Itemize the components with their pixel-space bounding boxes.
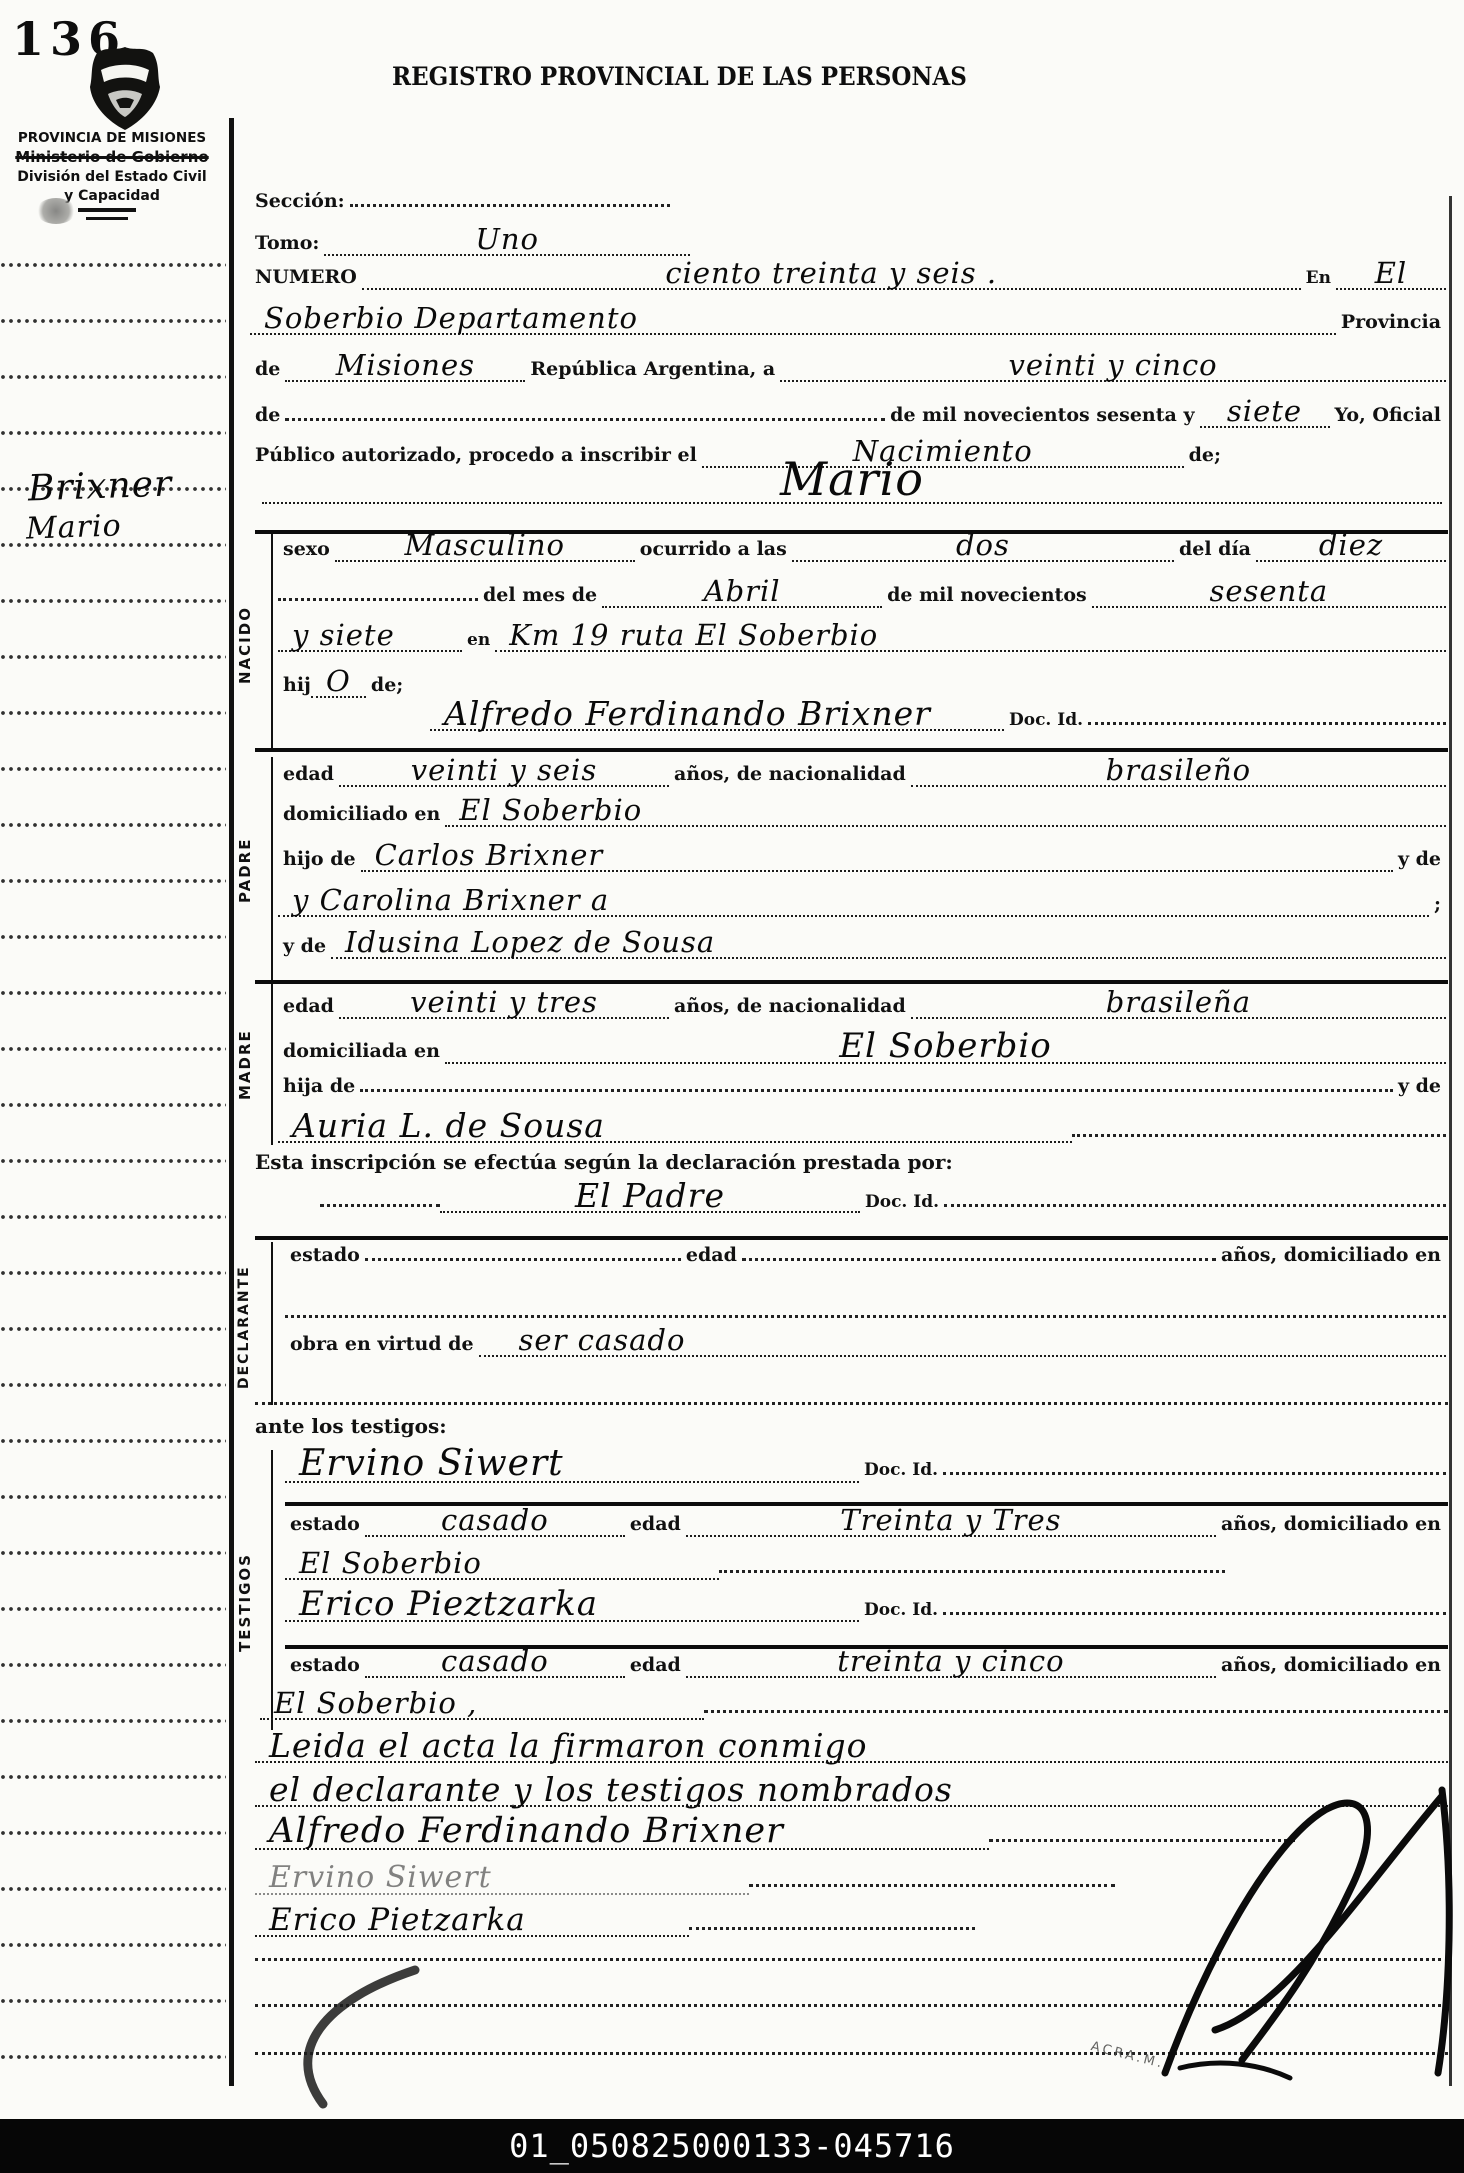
letterhead-division2: y Capacidad xyxy=(6,188,218,204)
field-padre-edad: edad veinti y seis años, de nacionalidad… xyxy=(278,757,1446,787)
signature-row-2: Ervino Siwert xyxy=(255,1864,1115,1895)
dotted-fill xyxy=(742,1252,1216,1261)
lugar-value: Soberbio Departamento xyxy=(250,305,1336,335)
testigo2-edad-value: treinta y cinco xyxy=(686,1648,1216,1678)
de-pv-label: de; xyxy=(366,674,408,696)
padre-nombre-value: Alfredo Ferdinando Brixner xyxy=(430,698,1004,731)
coat-of-arms-icon xyxy=(86,44,164,138)
doc-id4-label: Doc. Id. xyxy=(859,1600,943,1620)
obra-value: ser casado xyxy=(479,1327,1446,1357)
madre-dom-value: El Soberbio xyxy=(445,1030,1446,1064)
section-label-madre: MADRE xyxy=(236,975,266,1155)
doc-id-label: Doc. Id. xyxy=(1004,710,1088,730)
field-padre-nombre: Alfredo Ferdinando Brixner Doc. Id. xyxy=(430,698,1446,731)
field-declarado-por: El Padre Doc. Id. xyxy=(320,1180,1446,1213)
section-label-declarante: DECLARANTE xyxy=(236,1240,266,1415)
field-madre-edad: edad veinti y tres años, de nacionalidad… xyxy=(278,989,1446,1019)
testigo1-estado-value: casado xyxy=(365,1507,625,1537)
padre-edad-value: veinti y seis xyxy=(339,757,669,787)
testigo2-estado-value: casado xyxy=(365,1648,625,1678)
field-lugar-nac: y siete en Km 19 ruta El Soberbio xyxy=(278,622,1446,652)
field-inscripto: Mario xyxy=(262,458,1442,504)
letterhead-province: PROVINCIA DE MISIONES xyxy=(6,130,218,146)
anio-nac-value: sesenta xyxy=(1092,578,1446,608)
testigo2-dom-value: El Soberbio , xyxy=(260,1690,704,1720)
edad4-label: edad xyxy=(625,1513,686,1535)
dia-value: veinti y cinco xyxy=(780,352,1446,382)
testigo1-nombre-value: Ervino Siwert xyxy=(285,1447,859,1483)
del-mes-label: del mes de xyxy=(478,584,602,606)
scan-footer-bar: 01_050825000133-045716 xyxy=(0,2119,1464,2173)
estado2-label: estado xyxy=(285,1513,365,1535)
field-mes: del mes de Abril de mil novecientos sese… xyxy=(278,578,1446,608)
anos-nac2-label: años, de nacionalidad xyxy=(669,995,911,1017)
section-label-nacido: NACIDO xyxy=(236,545,266,745)
domiciliada-label: domiciliada en xyxy=(278,1040,445,1062)
declaracion-text: Esta inscripción se efectúa según la dec… xyxy=(250,1150,1190,1174)
dotted-fill xyxy=(1088,716,1446,725)
main-divider xyxy=(229,118,234,2086)
en-nac-label: en xyxy=(462,630,495,650)
declarante-inner-rule xyxy=(271,1242,273,1405)
numero-label: NUMERO xyxy=(250,266,362,288)
padre-nac-value: brasileño xyxy=(911,757,1446,787)
letterhead-division: División del Estado Civil xyxy=(6,169,218,185)
testigo2-nombre-value: Erico Pieztzarka xyxy=(285,1588,859,1622)
declarado-por-value: El Padre xyxy=(440,1180,860,1213)
hija-de-label: hija de xyxy=(278,1075,360,1097)
dotted-fill xyxy=(320,1198,440,1207)
semicolon: ; xyxy=(1429,893,1446,915)
field-lugar: Soberbio Departamento Provincia xyxy=(250,305,1446,335)
letterhead-ministry: Ministerio de Gobierno xyxy=(6,148,218,166)
letterhead-rule-2 xyxy=(86,217,128,220)
testigos-inner-rule xyxy=(271,1450,273,1730)
signature-testigo1: Ervino Siwert xyxy=(255,1864,749,1895)
field-abuela-paterna: y Carolina Brixner a ; xyxy=(278,887,1446,917)
field-madre-nombre: y de Idusina Lopez de Sousa xyxy=(278,929,1446,959)
anio-value: siete xyxy=(1200,398,1330,428)
sexo-value: Masculino xyxy=(335,532,635,562)
numero-value: ciento treinta y seis . xyxy=(362,260,1301,290)
section-rule xyxy=(255,748,1448,752)
abuela-materna-value: Auria L. de Sousa xyxy=(278,1110,1072,1143)
siglo-label: de mil novecientos sesenta y xyxy=(885,404,1199,426)
padre-inner-rule xyxy=(271,757,273,980)
edad3-label: edad xyxy=(681,1244,742,1266)
closing-line-1: Leida el acta la firmaron conmigo xyxy=(255,1730,1448,1763)
padre-dom-value: El Soberbio xyxy=(445,797,1446,827)
doc-id2-label: Doc. Id. xyxy=(860,1192,944,1212)
stray-ink-flourish xyxy=(265,1962,455,2116)
field-testigo2-dom: El Soberbio , xyxy=(260,1690,1448,1720)
section-label-padre: PADRE xyxy=(236,765,266,975)
anos-dom2-label: años, domiciliado en xyxy=(1216,1513,1446,1535)
lugar-nac-value: Km 19 ruta El Soberbio xyxy=(495,622,1446,652)
dotted-fill xyxy=(365,1252,681,1261)
abuela-paterna-value: y Carolina Brixner a xyxy=(278,887,1429,917)
field-provincia: de Misiones República Argentina, a veint… xyxy=(250,352,1446,382)
field-anio: de de mil novecientos sesenta y siete Yo… xyxy=(250,398,1446,428)
signature-testigo2: Erico Pietzarka xyxy=(255,1906,689,1937)
page-title: REGISTRO PROVINCIAL DE LAS PERSONAS xyxy=(392,62,967,91)
mes-value: Abril xyxy=(602,578,882,608)
section-label-testigos: TESTIGOS xyxy=(236,1495,266,1710)
republica-label: República Argentina, a xyxy=(525,358,780,380)
closing-line1-text: Leida el acta la firmaron conmigo xyxy=(255,1730,1448,1763)
ante-label: ante los testigos: xyxy=(250,1414,452,1438)
blank-dotted-line xyxy=(255,1402,1448,1405)
field-declarante-estado: estado edad años, domiciliado en xyxy=(285,1244,1446,1266)
testigo1-edad-value: Treinta y Tres xyxy=(686,1507,1216,1537)
oficial-label: Yo, Oficial xyxy=(1330,404,1447,426)
field-tomo: Tomo: Uno xyxy=(250,226,690,256)
field-seccion: Sección: xyxy=(250,190,670,212)
sexo-label: sexo xyxy=(278,538,335,560)
de-label: de xyxy=(250,358,285,380)
field-testigo2-datos: estado casado edad treinta y cinco años,… xyxy=(285,1648,1446,1678)
signature-declarante: Alfredo Ferdinando Brixner xyxy=(255,1815,989,1850)
estado3-label: estado xyxy=(285,1654,365,1676)
del-dia-label: del día xyxy=(1174,538,1256,560)
en-value: El xyxy=(1336,260,1446,290)
section-rule xyxy=(255,980,1448,984)
edad2-label: edad xyxy=(278,995,339,1017)
ink-smudge xyxy=(36,198,76,224)
dotted-fill xyxy=(944,1198,1446,1207)
hijo-de-label: hijo de xyxy=(278,848,361,870)
madre-edad-value: veinti y tres xyxy=(339,989,669,1019)
novecientos-label: de mil novecientos xyxy=(882,584,1092,606)
y-de-label: y de xyxy=(1393,848,1446,870)
domiciliado-label: domiciliado en xyxy=(278,803,445,825)
dotted-fill xyxy=(943,1466,1446,1475)
field-padre-dom: domiciliado en El Soberbio xyxy=(278,797,1446,827)
ocurrido-label: ocurrido a las xyxy=(635,538,792,560)
margin-surname: Brixner xyxy=(27,467,172,506)
dotted-fill xyxy=(1072,1128,1446,1137)
field-abuela-materna: Auria L. de Sousa xyxy=(278,1110,1446,1143)
nacido-inner-rule xyxy=(271,532,273,748)
dotted-fill xyxy=(285,412,885,421)
field-testigo1-dom: El Soberbio xyxy=(285,1550,1225,1580)
dotted-fill xyxy=(943,1606,1446,1615)
field-testigo1-nombre: Ervino Siwert Doc. Id. xyxy=(285,1447,1446,1483)
obra-label: obra en virtud de xyxy=(285,1333,479,1355)
letterhead-rule-1 xyxy=(78,208,136,212)
provincia-label: Provincia xyxy=(1336,311,1446,333)
seccion-label: Sección: xyxy=(250,190,350,212)
anos-dom3-label: años, domiciliado en xyxy=(1216,1654,1446,1676)
birth-certificate-scan: 136 REGISTRO PROVINCIAL DE LAS PERSONAS … xyxy=(0,0,1464,2173)
edad-label: edad xyxy=(278,763,339,785)
field-obra: obra en virtud de ser casado xyxy=(285,1327,1446,1357)
signature-row-3: Erico Pietzarka xyxy=(255,1906,975,1937)
edad5-label: edad xyxy=(625,1654,686,1676)
hijo-o-value: O xyxy=(311,668,366,698)
scan-footer-code: 01_050825000133-045716 xyxy=(509,2127,955,2165)
en-label: En xyxy=(1301,268,1336,288)
margin-given-name: Mario xyxy=(26,512,123,544)
field-sexo: sexo Masculino ocurrido a las dos del dí… xyxy=(278,532,1446,562)
dotted-fill xyxy=(719,1564,1225,1573)
dia-value: diez xyxy=(1256,532,1446,562)
dotted-fill xyxy=(278,592,478,601)
abuelo-value: Carlos Brixner xyxy=(361,842,1393,872)
field-testigo2-nombre: Erico Pieztzarka Doc. Id. xyxy=(285,1588,1446,1622)
y-de3-label: y de xyxy=(1393,1075,1446,1097)
tomo-label: Tomo: xyxy=(250,232,324,254)
inscripto-value: Mario xyxy=(262,458,1442,504)
official-signature xyxy=(1120,1768,1464,2102)
estado-label: estado xyxy=(285,1244,365,1266)
testigo1-dom-value: El Soberbio xyxy=(285,1550,719,1580)
anio-nac-value2: y siete xyxy=(278,622,462,652)
hij-label: hij xyxy=(278,674,311,696)
blank-dotted-line xyxy=(285,1315,1446,1318)
madre-nac-value: brasileña xyxy=(911,989,1446,1019)
dotted-fill xyxy=(360,1083,1393,1092)
field-hija-de: hija de y de xyxy=(278,1075,1446,1097)
y-de2-label: y de xyxy=(278,935,331,957)
provincia-value: Misiones xyxy=(285,352,525,382)
hora-value: dos xyxy=(792,532,1174,562)
madre-inner-rule xyxy=(271,973,273,1145)
doc-id3-label: Doc. Id. xyxy=(859,1460,943,1480)
field-madre-dom: domiciliada en El Soberbio xyxy=(278,1030,1446,1064)
dotted-fill xyxy=(689,1921,975,1930)
field-numero: NUMERO ciento treinta y seis . En El xyxy=(250,260,1446,290)
declaracion-label: Esta inscripción se efectúa según la dec… xyxy=(250,1150,958,1174)
de2-label: de xyxy=(250,404,285,426)
madre-nombre-value: Idusina Lopez de Sousa xyxy=(331,929,1446,959)
field-padre-hijo-de: hijo de Carlos Brixner y de xyxy=(278,842,1446,872)
field-testigo1-datos: estado casado edad Treinta y Tres años, … xyxy=(285,1507,1446,1537)
anos-dom-label: años, domiciliado en xyxy=(1216,1244,1446,1266)
anos-nac-label: años, de nacionalidad xyxy=(669,763,911,785)
dotted-fill xyxy=(749,1878,1115,1887)
section-rule xyxy=(255,1236,1448,1240)
ante-testigos: ante los testigos: xyxy=(250,1414,650,1438)
dotted-fill xyxy=(704,1704,1448,1713)
dotted-fill xyxy=(350,198,670,207)
tomo-value: Uno xyxy=(324,226,690,256)
